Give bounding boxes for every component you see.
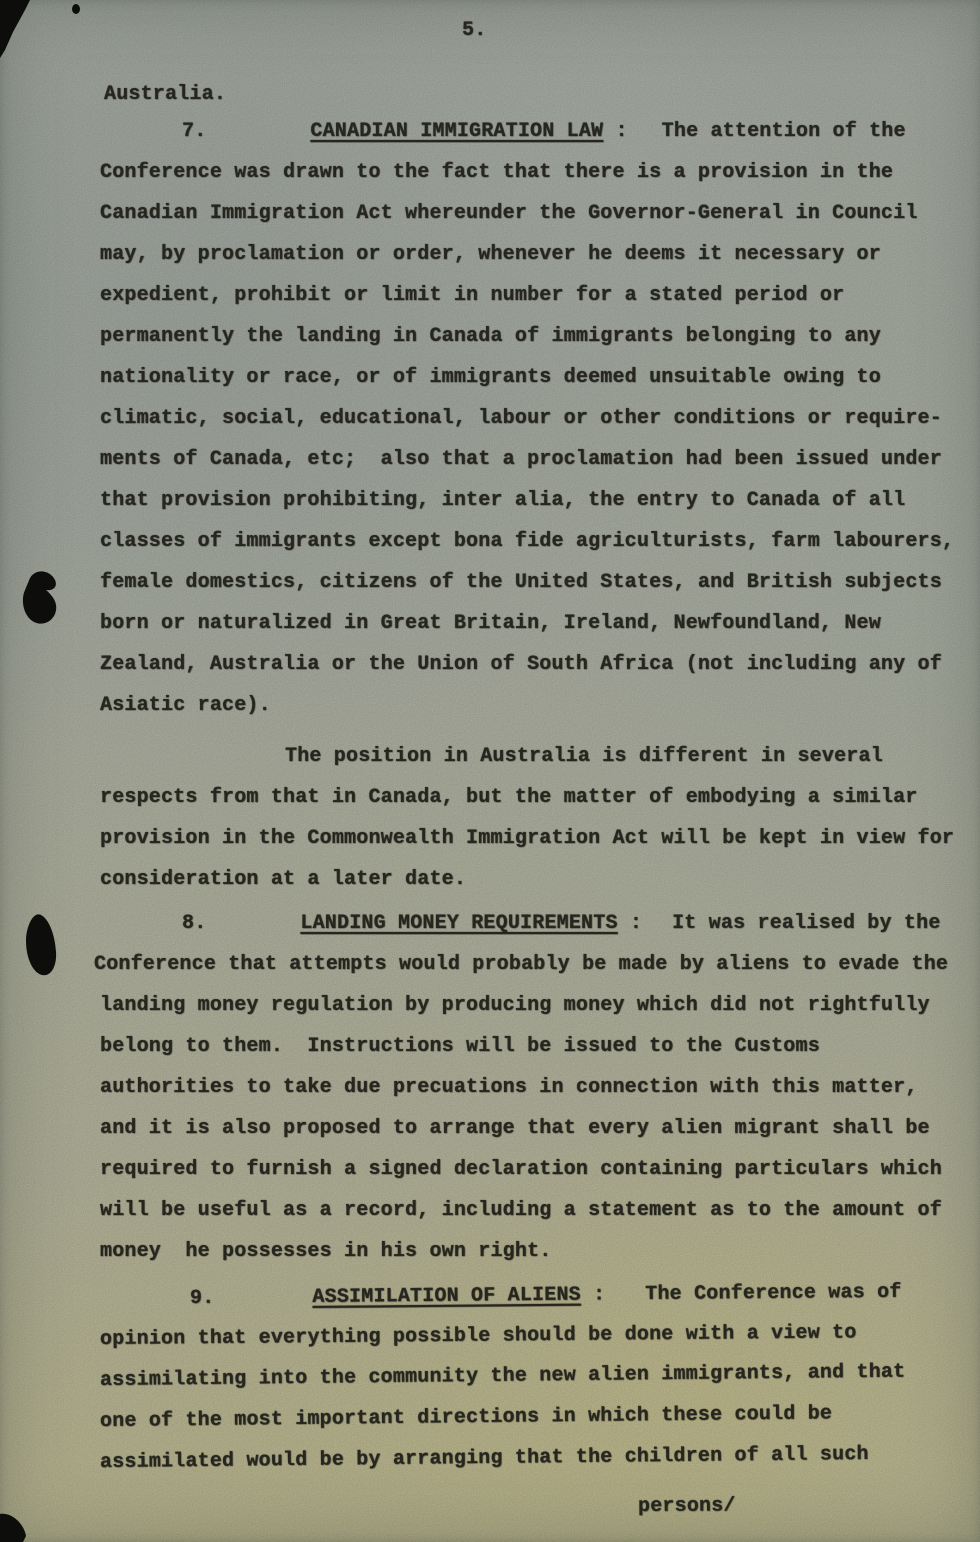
text-line: will be useful as a record, including a … [100,1200,942,1222]
document-page: 5.Australia.7.CANADIAN IMMIGRATION LAW :… [0,0,980,1542]
text-segment: 8. [182,913,206,935]
text-segment: : [581,1284,606,1306]
text-segment: Conference that attempts would probably … [94,954,948,976]
text-line: required to furnish a signed declaration… [100,1159,942,1181]
text-segment: The attention of the [662,121,906,143]
text-line: assimilating into the community the new … [100,1362,906,1392]
text-segment: Zealand, Australia or the Union of South… [100,654,942,676]
text-line: climatic, social, educational, labour or… [100,408,942,430]
text-segment: 9. [190,1288,215,1310]
top-edge-speck [72,4,80,14]
text-segment: 7. [182,121,206,143]
text-segment: belong to them. Instructions will be iss… [100,1036,820,1058]
text-segment: climatic, social, educational, labour or… [100,408,942,430]
text-line: expedient, prohibit or limit in number f… [100,285,844,307]
ink-blot-upper [23,571,56,623]
section-7-heading: 7.CANADIAN IMMIGRATION LAW :The attentio… [182,121,906,143]
text-segment: : [618,913,642,935]
text-segment: one of the most important directions in … [100,1403,832,1433]
ink-blot-lower [26,914,56,975]
text-line: Asiatic race). [100,695,271,717]
text-line: respects from that in Canada, but the ma… [100,787,918,809]
section-title: LANDING MONEY REQUIREMENTS [300,913,617,935]
text-line: ments of Canada, etc; also that a procla… [100,449,942,471]
margin-note: Australia. [104,84,226,106]
text-segment: permanently the landing in Canada of imm… [100,326,881,348]
bottom-left-corner-blob [0,1514,26,1542]
text-segment: born or naturalized in Great Britain, Ir… [100,613,881,635]
catchword: persons/ [638,1495,736,1518]
text-line: belong to them. Instructions will be iss… [100,1036,820,1058]
text-segment: assimilating into the community the new … [100,1362,906,1392]
text-segment: respects from that in Canada, but the ma… [100,787,918,809]
text-segment: Asiatic race). [100,695,271,717]
text-segment: consideration at a later date. [100,869,466,891]
text-segment: expedient, prohibit or limit in number f… [100,285,844,307]
text-line: Conference was drawn to the fact that th… [100,162,893,184]
text-line: The position in Australia is different i… [285,746,883,768]
text-line: may, by proclamation or order, whenever … [100,244,881,266]
text-segment: nationality or race, or of immigrants de… [100,367,881,389]
text-line: consideration at a later date. [100,869,466,891]
top-left-corner-shadow [0,0,30,58]
text-segment: The position in Australia is different i… [285,746,883,768]
text-line: money he possesses in his own right. [100,1241,551,1263]
text-segment: Australia. [104,84,226,106]
text-segment: money he possesses in his own right. [100,1241,551,1263]
text-line: landing money regulation by producing mo… [100,995,930,1017]
text-line: classes of immigrants except bona fide a… [100,531,954,553]
text-line: authorities to take due precuations in c… [100,1077,918,1099]
text-line: assimilated would be by arranging that t… [100,1444,869,1474]
text-segment: opinion that everything possible should … [100,1322,857,1351]
text-segment: authorities to take due precuations in c… [100,1077,918,1099]
text-segment: Conference was drawn to the fact that th… [100,162,893,184]
text-segment: may, by proclamation or order, whenever … [100,244,881,266]
section-9-heading: 9.ASSIMILATION OF ALIENS :The Conference… [190,1282,902,1310]
text-segment: : [603,121,627,143]
text-segment: and it is also proposed to arrange that … [100,1118,930,1140]
text-line: and it is also proposed to arrange that … [100,1118,930,1140]
text-line: nationality or race, or of immigrants de… [100,367,881,389]
text-line: one of the most important directions in … [100,1403,832,1433]
text-line: opinion that everything possible should … [100,1322,857,1351]
text-line: provision in the Commonwealth Immigratio… [100,828,954,850]
text-segment: It was realised by the [672,913,940,935]
text-segment: Canadian Immigration Act whereunder the … [100,203,918,225]
text-line: Canadian Immigration Act whereunder the … [100,203,918,225]
text-line: that provision prohibiting, inter alia, … [100,490,905,512]
paper-grain-texture [0,0,980,1542]
text-segment: 5. [462,20,486,42]
text-segment: that provision prohibiting, inter alia, … [100,490,905,512]
text-line: Conference that attempts would probably … [94,954,948,976]
text-segment: assimilated would be by arranging that t… [100,1444,869,1474]
text-segment: required to furnish a signed declaration… [100,1159,942,1181]
text-segment: provision in the Commonwealth Immigratio… [100,828,954,850]
text-segment: The Conference was of [645,1282,901,1306]
text-line: female domestics, citizens of the United… [100,572,942,594]
page-number: 5. [462,20,486,42]
section-title: ASSIMILATION OF ALIENS [312,1285,581,1309]
text-line: born or naturalized in Great Britain, Ir… [100,613,881,635]
text-segment: landing money regulation by producing mo… [100,995,930,1017]
text-segment: classes of immigrants except bona fide a… [100,531,954,553]
text-segment: female domestics, citizens of the United… [100,572,942,594]
text-segment: will be useful as a record, including a … [100,1200,942,1222]
section-title: CANADIAN IMMIGRATION LAW [310,121,603,143]
section-8-heading: 8.LANDING MONEY REQUIREMENTS :It was rea… [182,913,941,935]
text-segment: persons/ [638,1495,736,1518]
text-line: permanently the landing in Canada of imm… [100,326,881,348]
text-line: Zealand, Australia or the Union of South… [100,654,942,676]
page-damage-marks [0,0,980,1542]
text-segment: ments of Canada, etc; also that a procla… [100,449,942,471]
